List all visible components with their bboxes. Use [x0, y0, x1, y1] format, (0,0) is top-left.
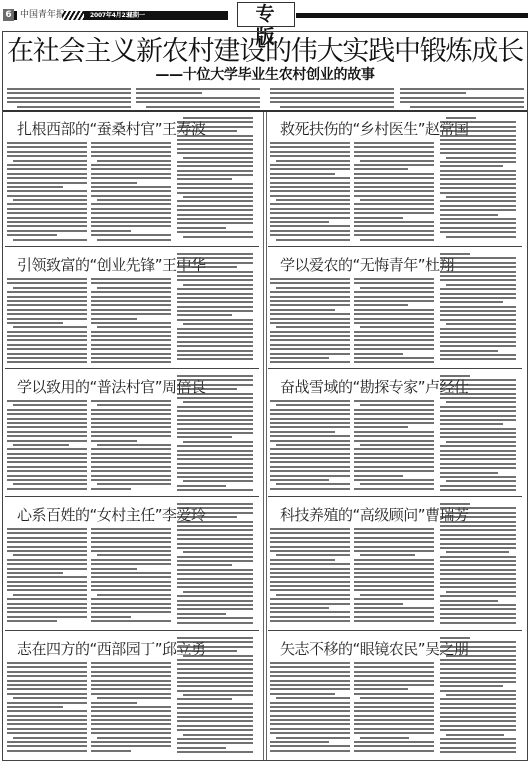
text-line: [270, 208, 350, 210]
text-line: [13, 239, 87, 241]
text-line: [177, 139, 253, 141]
text-line: [177, 463, 253, 465]
text-line: [276, 594, 350, 596]
text-line: [270, 576, 350, 578]
text-line: [91, 585, 171, 587]
text-line: [270, 488, 350, 490]
text-line: [410, 106, 524, 108]
text-line: [354, 431, 434, 433]
text-line: [270, 719, 350, 721]
text-line: [354, 335, 434, 337]
text-line: [354, 422, 434, 424]
text-line: [440, 275, 516, 277]
text-line: [177, 489, 253, 491]
text-line: [270, 304, 350, 306]
text-line: [440, 332, 516, 334]
text-column: [440, 503, 516, 628]
text-line: [440, 712, 516, 714]
text-line: [91, 546, 171, 548]
text-line: [354, 702, 434, 704]
text-line: [91, 155, 171, 157]
text-line: [270, 426, 350, 428]
text-line: [360, 239, 434, 241]
text-line: [276, 697, 350, 699]
text-line: [270, 559, 335, 561]
text-line: [7, 666, 87, 668]
text-line: [270, 164, 350, 166]
text-line: [136, 97, 260, 99]
text-column: [177, 375, 253, 494]
text-line: [276, 483, 350, 485]
text-column: [270, 662, 350, 756]
text-line: [446, 323, 516, 325]
masthead-bar-right: [296, 13, 528, 18]
text-line: [354, 361, 434, 363]
text-line: [270, 203, 350, 205]
text-line: [91, 581, 171, 583]
text-line: [91, 300, 171, 302]
text-line: [177, 170, 253, 172]
text-column: [7, 88, 131, 110]
text-line: [7, 550, 87, 552]
text-line: [177, 130, 237, 132]
text-line: [270, 217, 350, 219]
text-line: [440, 578, 516, 580]
text-line: [440, 595, 516, 597]
text-line: [270, 225, 350, 227]
text-line: [177, 200, 253, 202]
text-line: [270, 186, 350, 188]
text-line: [440, 143, 516, 145]
text-line: [177, 345, 253, 347]
text-line: [440, 637, 470, 639]
text-line: [13, 594, 87, 596]
text-line: [7, 448, 87, 450]
text-line: [440, 586, 516, 588]
text-line: [177, 525, 253, 527]
text-line: [7, 585, 87, 587]
text-line: [270, 728, 350, 730]
text-column: [7, 400, 87, 494]
text-line: [440, 668, 516, 670]
text-line: [440, 450, 516, 452]
text-line: [270, 440, 350, 442]
text-line: [354, 488, 434, 490]
text-line: [440, 130, 516, 132]
text-line: [91, 723, 171, 725]
text-line: [91, 448, 171, 450]
text-column: [136, 88, 260, 110]
text-line: [360, 160, 434, 162]
text-line: [177, 617, 253, 619]
text-line: [354, 300, 434, 302]
text-line: [91, 413, 171, 415]
text-line: [7, 616, 87, 618]
story-divider: [268, 368, 522, 369]
text-line: [97, 404, 171, 406]
text-line: [360, 554, 414, 556]
text-line: [177, 253, 253, 255]
text-line: [270, 585, 350, 587]
text-line: [354, 221, 434, 223]
text-line: [270, 190, 350, 192]
text-line: [440, 573, 516, 575]
text-line: [440, 257, 516, 259]
text-line: [440, 227, 516, 229]
text-line: [183, 512, 253, 514]
text-line: [440, 617, 516, 619]
text-line: [440, 454, 516, 456]
text-line: [440, 314, 516, 316]
text-column: [7, 528, 87, 628]
text-line: [91, 190, 171, 192]
text-line: [440, 659, 516, 661]
text-line: [440, 698, 516, 700]
text-line: [440, 187, 516, 189]
text-line: [7, 195, 87, 197]
text-line: [440, 406, 516, 408]
text-line: [7, 675, 87, 677]
column-separator: [263, 112, 267, 760]
text-line: [440, 564, 516, 566]
text-line: [354, 541, 434, 543]
text-line: [7, 453, 87, 455]
text-line: [13, 199, 87, 201]
text-column: [354, 528, 434, 628]
text-line: [13, 737, 87, 739]
text-line: [91, 715, 171, 717]
text-line: [354, 715, 434, 717]
text-line: [177, 622, 253, 624]
text-line: [91, 528, 171, 530]
text-line: [97, 326, 171, 328]
text-column: [7, 662, 87, 756]
text-line: [400, 101, 524, 103]
text-line: [177, 121, 253, 123]
text-line: [177, 742, 253, 744]
sub-headline: ——十位大学毕业生农村创业的故事: [0, 66, 530, 84]
text-line: [270, 151, 350, 153]
text-line: [354, 448, 434, 450]
text-line: [7, 693, 87, 695]
text-line: [7, 589, 87, 591]
text-line: [177, 183, 253, 185]
text-line: [440, 354, 516, 356]
text-line: [440, 608, 516, 610]
text-line: [7, 732, 87, 734]
text-line: [354, 616, 434, 618]
story-title: 学以爱农的“无悔青年”杜翔: [280, 256, 454, 274]
text-line: [354, 453, 434, 455]
text-line: [270, 581, 350, 583]
text-line: [440, 350, 498, 352]
text-line: [354, 475, 403, 477]
text-line: [354, 426, 408, 428]
text-line: [177, 275, 253, 277]
text-line: [440, 725, 516, 727]
text-line: [97, 554, 171, 556]
text-line: [354, 589, 434, 591]
text-line: [177, 266, 237, 268]
text-line: [440, 525, 516, 527]
text-line: [7, 92, 131, 94]
text-line: [270, 461, 350, 463]
text-line: [183, 196, 253, 198]
text-line: [177, 698, 232, 700]
text-line: [91, 278, 171, 280]
text-line: [440, 135, 516, 137]
text-column: [354, 662, 434, 756]
text-line: [360, 287, 434, 289]
text-line: [17, 106, 131, 108]
text-line: [177, 573, 253, 575]
text-line: [177, 358, 253, 360]
text-line: [446, 284, 516, 286]
text-line: [177, 472, 253, 474]
text-line: [7, 208, 87, 210]
text-line: [177, 415, 253, 417]
text-line: [270, 92, 394, 94]
text-line: [354, 190, 434, 192]
text-line: [354, 225, 434, 227]
text-line: [177, 637, 253, 639]
text-line: [440, 200, 516, 202]
text-line: [177, 214, 253, 216]
text-line: [7, 182, 87, 184]
text-line: [7, 313, 87, 315]
text-line: [91, 400, 171, 402]
text-line: [183, 441, 253, 443]
text-line: [354, 666, 434, 668]
text-line: [440, 613, 516, 615]
text-line: [446, 734, 504, 736]
text-line: [7, 422, 87, 424]
text-line: [13, 697, 87, 699]
text-line: [7, 296, 87, 298]
text-line: [270, 479, 329, 481]
text-line: [354, 620, 434, 622]
text-line: [13, 160, 87, 162]
text-line: [354, 318, 434, 320]
text-line: [7, 598, 87, 600]
text-line: [91, 662, 171, 664]
text-line: [354, 662, 434, 664]
text-line: [440, 489, 516, 491]
text-line: [354, 675, 434, 677]
text-line: [270, 282, 350, 284]
text-line: [177, 432, 253, 434]
text-line: [177, 646, 253, 648]
text-line: [177, 454, 253, 456]
text-line: [91, 435, 171, 437]
text-line: [7, 466, 87, 468]
text-line: [13, 554, 87, 556]
text-line: [270, 598, 350, 600]
text-line: [440, 165, 503, 167]
text-line: [270, 88, 394, 90]
text-line: [354, 732, 434, 734]
text-line: [440, 126, 516, 128]
text-line: [91, 572, 171, 574]
text-line: [440, 485, 516, 487]
text-line: [7, 563, 87, 565]
text-line: [360, 483, 434, 485]
text-line: [177, 641, 253, 643]
text-line: [177, 231, 253, 233]
text-line: [97, 594, 171, 596]
text-column: [7, 142, 87, 244]
text-line: [7, 745, 87, 747]
text-line: [7, 190, 87, 192]
text-line: [440, 170, 516, 172]
text-line: [177, 314, 232, 316]
text-line: [354, 217, 403, 219]
text-line: [7, 435, 87, 437]
text-line: [177, 135, 253, 137]
text-line: [440, 306, 516, 308]
text-line: [440, 729, 516, 731]
text-line: [91, 182, 137, 184]
text-line: [13, 404, 87, 406]
text-line: [177, 178, 232, 180]
text-line: [270, 572, 350, 574]
text-line: [136, 88, 260, 90]
text-line: [7, 559, 87, 561]
text-line: [354, 291, 434, 293]
text-line: [7, 173, 87, 175]
text-line: [440, 516, 516, 518]
text-line: [276, 199, 350, 201]
text-column: [7, 278, 87, 366]
text-line: [270, 616, 350, 618]
text-line: [91, 431, 171, 433]
text-line: [400, 92, 466, 94]
text-line: [177, 428, 253, 430]
text-line: [440, 436, 516, 438]
text-line: [91, 418, 171, 420]
text-line: [7, 151, 87, 153]
text-line: [91, 146, 171, 148]
text-column: [177, 637, 253, 756]
text-line: [177, 419, 253, 421]
text-line: [440, 375, 470, 377]
text-line: [354, 688, 408, 690]
text-line: [440, 253, 470, 255]
text-line: [177, 375, 253, 377]
text-line: [440, 328, 516, 330]
text-line: [177, 608, 253, 610]
text-line: [7, 572, 63, 574]
text-line: [7, 488, 87, 490]
text-line: [354, 212, 434, 214]
text-line: [7, 101, 131, 103]
text-line: [270, 230, 350, 232]
text-line: [440, 445, 516, 447]
text-line: [177, 556, 253, 558]
text-line: [440, 677, 516, 679]
text-line: [270, 146, 350, 148]
text-line: [440, 672, 516, 674]
text-line: [91, 409, 171, 411]
story-divider: [5, 368, 259, 369]
text-line: [91, 291, 171, 293]
text-line: [440, 266, 516, 268]
text-line: [440, 301, 503, 303]
text-line: [270, 142, 350, 144]
text-line: [7, 440, 87, 442]
text-line: [177, 310, 253, 312]
text-line: [440, 384, 516, 386]
text-line: [354, 706, 434, 708]
text-line: [7, 225, 87, 227]
text-line: [7, 234, 57, 236]
text-line: [97, 287, 171, 289]
hatch-decoration: [62, 11, 84, 20]
text-line: [354, 470, 434, 472]
text-line: [91, 688, 171, 690]
text-line: [354, 576, 434, 578]
text-line: [177, 126, 253, 128]
text-line: [183, 323, 253, 325]
text-line: [91, 440, 137, 442]
text-line: [7, 537, 87, 539]
text-line: [440, 345, 516, 347]
text-line: [7, 457, 87, 459]
text-line: [440, 231, 516, 233]
text-line: [91, 693, 171, 695]
text-line: [177, 410, 253, 412]
text-line: [7, 719, 87, 721]
text-line: [91, 616, 131, 618]
text-line: [440, 604, 516, 606]
text-line: [7, 400, 87, 402]
text-column: [177, 503, 253, 628]
text-line: [440, 521, 516, 523]
text-line: [91, 568, 137, 570]
text-line: [446, 512, 516, 514]
text-line: [270, 431, 335, 433]
text-column: [177, 253, 253, 366]
text-line: [446, 157, 516, 159]
text-line: [270, 745, 350, 747]
text-line: [270, 470, 350, 472]
text-line: [270, 675, 350, 677]
story-divider: [5, 630, 259, 631]
text-line: [270, 212, 350, 214]
text-line: [440, 476, 516, 478]
text-line: [7, 706, 63, 708]
text-line: [440, 742, 516, 744]
text-line: [354, 680, 434, 682]
text-line: [91, 208, 171, 210]
text-column: [440, 253, 516, 366]
text-line: [7, 546, 87, 548]
text-line: [91, 353, 171, 355]
text-line: [440, 293, 516, 295]
text-line: [440, 529, 516, 531]
text-line: [177, 445, 253, 447]
text-line: [446, 551, 509, 553]
text-line: [270, 322, 350, 324]
section-label: 专版: [237, 2, 295, 27]
text-line: [177, 604, 253, 606]
text-line: [136, 92, 202, 94]
text-line: [440, 410, 516, 412]
text-line: [440, 178, 516, 180]
text-column: [91, 278, 171, 366]
text-line: [91, 576, 171, 578]
text-line: [7, 470, 87, 472]
